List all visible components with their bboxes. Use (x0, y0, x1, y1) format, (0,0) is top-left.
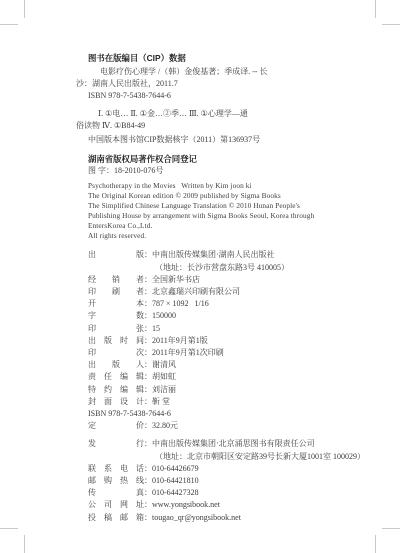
info-row-editor: 责任编辑：胡如虹 (88, 371, 381, 383)
info-label: 印张 (88, 323, 144, 335)
info-label: 邮购热线 (88, 475, 144, 487)
info-value: 谢清风 (152, 360, 176, 369)
info-row-contact-phone: 联系电话：010-64426679 (88, 463, 381, 475)
registration-number: 图 字：18-2010-076号 (88, 165, 381, 177)
english-copyright-line: The Simplified Chinese Language Translat… (88, 201, 381, 211)
colon: ： (144, 464, 152, 473)
colon: ： (144, 324, 152, 333)
crop-mark (0, 528, 18, 529)
info-row-printer: 印刷者：北京鑫瑞兴印刷有限公司 (88, 286, 381, 298)
english-copyright-line: EntersKorea Co.,Ltd. (88, 221, 381, 231)
info-row-edition-date: 出版时间：2011年9月第1版 (88, 335, 381, 347)
colon: ： (144, 421, 152, 430)
colon: ： (144, 348, 152, 357)
info-label: 发行 (88, 438, 144, 450)
info-value: 胡如虹 (152, 372, 176, 381)
info-row-special-editor: 特约编辑：刘洁丽 (88, 384, 381, 396)
info-row-issuer-address: （地址：北京市朝阳区安定路39号长新大厦1001室 100029） (155, 451, 381, 463)
info-row-issuer: 发行：中南出版传媒集团·北京涌思图书有限责任公司 (88, 438, 381, 450)
info-label: 定价 (88, 420, 144, 432)
info-label: 经销者 (88, 274, 144, 286)
english-copyright-line: Psychotherapy in the Movies Written by K… (88, 181, 381, 191)
colon: ： (144, 476, 152, 485)
colon: ： (144, 275, 152, 284)
info-value: 北京鑫瑞兴印刷有限公司 (152, 287, 240, 296)
colon: ： (144, 385, 152, 394)
english-copyright-block: Psychotherapy in the Movies Written by K… (88, 181, 381, 241)
distribution-info: 发行：中南出版传媒集团·北京涌思图书有限责任公司 （地址：北京市朝阳区安定路39… (88, 438, 381, 523)
crop-mark (375, 535, 376, 553)
cip-description-line-2: 沙：湖南人民出版社，2011.7 (76, 78, 381, 90)
cip-heading: 图书在版编目（CIP）数据 (88, 52, 381, 64)
page-content: 图书在版编目（CIP）数据 电影疗伤心理学 /（韩）金俊基著；季成译. -- 长… (76, 52, 381, 524)
info-value: 2011年9月第1版 (152, 336, 208, 345)
cip-isbn: ISBN 978-7-5438-7644-6 (88, 90, 381, 102)
info-label: 责任编辑 (88, 371, 144, 383)
info-value: www.yongsibook.net (152, 500, 220, 509)
info-row-distributor: 经销者：全国新华书店 (88, 274, 381, 286)
info-row-word-count: 字数：150000 (88, 310, 381, 322)
info-value: 中南出版传媒集团·北京涌思图书有限责任公司 (152, 439, 315, 448)
info-label: 字数 (88, 310, 144, 322)
info-value: 2011年9月第1次印刷 (152, 348, 224, 357)
info-row-fax: 传真：010-64427328 (88, 487, 381, 499)
cip-record-number: 中国版本图书馆CIP数据核字（2011）第136937号 (88, 134, 381, 146)
info-label: 传真 (88, 487, 144, 499)
colon: ： (144, 513, 152, 522)
info-label: 出版 (88, 249, 144, 261)
cip-classification-line-1: Ⅰ. ①电… Ⅱ. ①金…②季… Ⅲ. ①心理学—通 (98, 108, 381, 120)
english-copyright-line: All rights reserved. (88, 231, 381, 241)
info-label: 出版时间 (88, 335, 144, 347)
info-value: 刘洁丽 (152, 385, 176, 394)
info-value: 全国新华书店 (152, 275, 200, 284)
info-row-sheets: 印张：15 (88, 323, 381, 335)
info-value: 787 × 1092 1/16 (152, 299, 209, 308)
info-label: 公司网址 (88, 499, 144, 511)
info-value: 150000 (152, 311, 176, 320)
crop-mark (382, 24, 400, 25)
info-row-format: 开本：787 × 1092 1/16 (88, 298, 381, 310)
info-value: tougao_qr@yongsibook.net (152, 513, 241, 522)
colon: ： (144, 299, 152, 308)
colon: ： (144, 360, 152, 369)
info-label: 开本 (88, 298, 144, 310)
colon: ： (144, 311, 152, 320)
info-row-submission-email: 投稿邮箱：tougao_qr@yongsibook.net (88, 512, 381, 524)
colon: ： (144, 336, 152, 345)
colon: ： (144, 397, 152, 406)
info-value: 靳 堂 (152, 397, 170, 406)
crop-mark (375, 0, 376, 18)
info-value: 010-64421810 (152, 476, 199, 485)
info-row-company-website: 公司网址：www.yongsibook.net (88, 499, 381, 511)
english-copyright-line: Publishing House by arrangement with Sig… (88, 211, 381, 221)
cip-description-line-1: 电影疗伤心理学 /（韩）金俊基著；季成译. -- 长 (100, 66, 381, 78)
info-label: 封面设计 (88, 396, 144, 408)
info-row-publisher-address: （地址：长沙市营盘东路3号 410005） (155, 262, 381, 274)
crop-mark (24, 535, 25, 553)
colon: ： (144, 488, 152, 497)
info-row-mail-order-hotline: 邮购热线：010-64421810 (88, 475, 381, 487)
info-value: 010-64426679 (152, 464, 199, 473)
info-row-price: 定价：32.80元 (88, 420, 381, 432)
info-row-cover-design: 封面设计：靳 堂 (88, 396, 381, 408)
colon: ： (144, 250, 152, 259)
info-row-printing: 印次：2011年9月第1次印刷 (88, 347, 381, 359)
crop-mark (24, 0, 25, 18)
book-colophon-page: 图书在版编目（CIP）数据 电影疗伤心理学 /（韩）金俊基著；季成译. -- 长… (0, 0, 400, 553)
info-value: 15 (152, 324, 160, 333)
colon: ： (144, 500, 152, 509)
info-row-isbn: ISBN 978-7-5438-7644-6 (88, 408, 381, 420)
info-label: 特约编辑 (88, 384, 144, 396)
crop-mark (0, 24, 18, 25)
info-label: 联系电话 (88, 463, 144, 475)
info-label: 印刷者 (88, 286, 144, 298)
info-label: 出版人 (88, 359, 144, 371)
info-label: 投稿邮箱 (88, 512, 144, 524)
info-value: 中南出版传媒集团·湖南人民出版社 (152, 250, 275, 259)
colon: ： (144, 287, 152, 296)
copyright-registration-heading: 湖南省版权局著作权合同登记 (88, 153, 381, 165)
cip-classification-line-2: 俗读物 Ⅳ. ①B84-49 (76, 120, 381, 132)
info-row-publisher-person: 出版人：谢清风 (88, 359, 381, 371)
crop-mark (382, 528, 400, 529)
info-label: 印次 (88, 347, 144, 359)
info-value: 32.80元 (152, 421, 178, 430)
english-copyright-line: The Original Korean edition © 2009 publi… (88, 191, 381, 201)
colon: ： (144, 372, 152, 381)
info-row-publisher: 出版：中南出版传媒集团·湖南人民出版社 (88, 249, 381, 261)
colon: ： (144, 439, 152, 448)
info-value: 010-64427328 (152, 488, 199, 497)
publication-info: 出版：中南出版传媒集团·湖南人民出版社 （地址：长沙市营盘东路3号 410005… (88, 249, 381, 432)
